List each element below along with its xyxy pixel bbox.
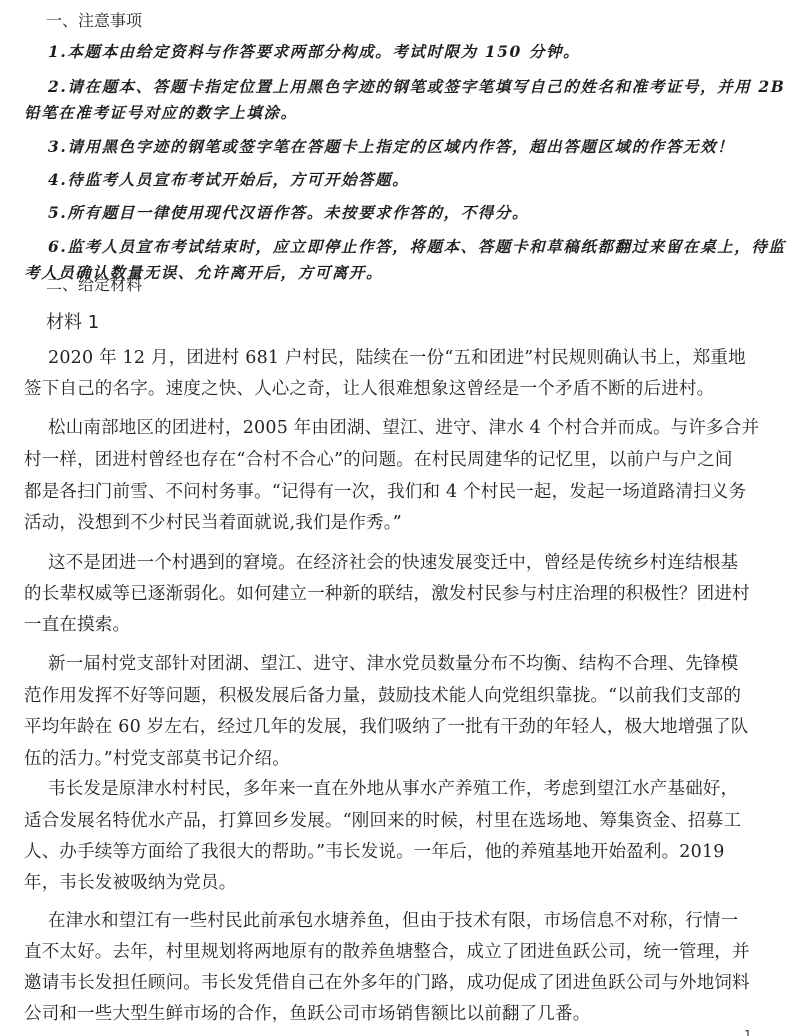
paragraph-6-line-4: 公司和一些大型生鲜市场的合作，鱼跃公司市场销售额比以前翻了几番。 [24,1000,590,1025]
notice-item-2: 2.请在题本、答题卡指定位置上用黑色字迹的钢笔或签字笔填写自己的姓名和准考证号，… [48,75,785,97]
section-heading-materials: 二、给定材料 [46,272,142,295]
paragraph-2-line-1: 松山南部地区的团进村，2005 年由团湖、望江、进守、津水 4 个村合并而成。与… [48,414,759,439]
page-number: 1 [744,1028,752,1036]
paragraph-4-line-2: 范作用发挥不好等问题，积极发展后备力量，鼓励技术能人向党组织靠拢。“以前我们支部… [24,682,741,707]
notice-item-3: 3.请用黑色字迹的钢笔或签字笔在答题卡上指定的区域内作答，超出答题区域的作答无效… [48,135,734,157]
paragraph-3-line-3: 一直在摸索。 [24,611,130,636]
material-title: 材料 1 [46,308,99,334]
paragraph-6-line-3: 邀请韦长发担任顾问。韦长发凭借自己在外多年的门路，成功促成了团进鱼跃公司与外地饲… [24,969,750,994]
notice-item-6: 6.监考人员宣布考试结束时，应立即停止作答，将题本、答题卡和草稿纸都翻过来留在桌… [48,235,786,257]
paragraph-2-line-4: 活动，没想到不少村民当着面就说,我们是作秀。” [24,509,402,534]
paragraph-6-line-1: 在津水和望江有一些村民此前承包水塘养鱼，但由于技术有限，市场信息不对称，行情一 [48,907,738,932]
notice-item-4: 4.待监考人员宣布考试开始后，方可开始答题。 [48,168,409,190]
paragraph-5-line-1: 韦长发是原津水村村民，多年来一直在外地从事水产养殖工作，考虑到望江水产基础好， [48,775,738,800]
paragraph-6-line-2: 直不太好。去年，村里规划将两地原有的散养鱼塘整合，成立了团进鱼跃公司，统一管理，… [24,938,750,963]
paragraph-2-line-2: 村一样，团进村曾经也存在“合村不合心”的问题。在村民周建华的记忆里，以前户与户之… [24,446,733,471]
exam-document-page: 一、注意事项 1.本题本由给定资料与作答要求两部分构成。考试时限为 150 分钟… [0,0,800,1036]
paragraph-5-line-4: 年，韦长发被吸纳为党员。 [24,869,236,894]
paragraph-3-line-1: 这不是团进一个村遇到的窘境。在经济社会的快速发展变迁中，曾经是传统乡村连结根基 [48,549,738,574]
paragraph-2-line-3: 都是各扫门前雪、不问村务事。“记得有一次，我们和 4 个村民一起，发起一场道路清… [24,478,746,503]
paragraph-4-line-3: 平均年龄在 60 岁左右，经过几年的发展，我们吸纳了一批有干劲的年轻人，极大地增… [24,713,749,738]
paragraph-3-line-2: 的长辈权威等已逐渐弱化。如何建立一种新的联结，激发村民参与村庄治理的积极性？团进… [24,580,750,605]
notice-item-2-cont: 铅笔在准考证号对应的数字上填涂。 [24,101,298,123]
paragraph-5-line-3: 人、办手续等方面给了我很大的帮助。”韦长发说。一年后，他的养殖基地开始盈利。20… [24,838,725,863]
paragraph-1-line-2: 签下自己的名字。速度之快、人心之奇，让人很难想象这曾经是一个矛盾不断的后进村。 [24,375,714,400]
paragraph-4-line-4: 伍的活力。”村党支部莫书记介绍。 [24,745,290,770]
notice-item-5: 5.所有题目一律使用现代汉语作答。未按要求作答的，不得分。 [48,201,529,223]
paragraph-5-line-2: 适合发展名特优水产品，打算回乡发展。“刚回来的时候，村里在选场地、筹集资金、招募… [24,807,741,832]
paragraph-1-line-1: 2020 年 12 月，团进村 681 户村民，陆续在一份“五和团进”村民规则确… [48,344,746,369]
paragraph-4-line-1: 新一届村党支部针对团湖、望江、进守、津水党员数量分布不均衡、结构不合理、先锋模 [48,650,738,675]
section-heading-notices: 一、注意事项 [46,8,142,31]
notice-item-1: 1.本题本由给定资料与作答要求两部分构成。考试时限为 150 分钟。 [48,40,580,62]
